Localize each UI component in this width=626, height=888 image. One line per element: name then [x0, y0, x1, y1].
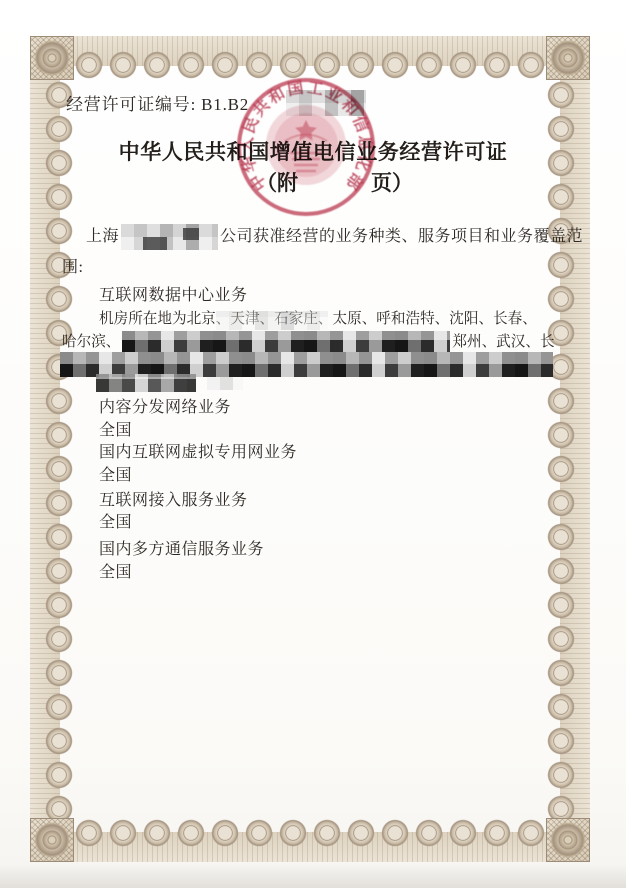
intro-company-prefix: 上海	[86, 227, 119, 247]
intro-text: 公司获准经营的业务种类、服务项目和业务覆盖范	[220, 227, 583, 247]
service-conference-scope: 全国	[99, 563, 132, 583]
redaction-idc-cities-1	[122, 331, 450, 353]
border-corner-top-right	[546, 36, 590, 80]
idc-scope2-prefix: 哈尔滨、	[62, 333, 120, 352]
redaction-company-name	[121, 224, 218, 250]
service-cdn-name: 内容分发网络业务	[99, 398, 231, 418]
border-band-right	[546, 78, 590, 820]
border-corner-bottom-left	[30, 818, 74, 862]
service-vpn-scope: 全国	[99, 466, 132, 486]
service-idc-name: 互联网数据中心业务	[99, 286, 248, 306]
certificate-page: 经营许可证编号: B1.B2 中华人民共和国增值电信业务经营许可证 （附页） 中…	[0, 0, 626, 888]
redaction-idc-cities-3	[96, 374, 196, 392]
idc-scope2-suffix: 郑州、武汉、长	[452, 333, 554, 352]
service-vpn-name: 国内互联网虚拟专用网业务	[99, 443, 297, 463]
service-conference-name: 国内多方通信服务业务	[99, 540, 264, 560]
redaction-idc-cities-overlay	[216, 311, 328, 330]
license-number: 经营许可证编号: B1.B2	[66, 90, 249, 115]
border-band-left	[30, 78, 74, 820]
border-band-bottom	[72, 818, 548, 862]
intro-wrap-line: 围:	[62, 258, 83, 278]
national-emblem-icon	[266, 105, 346, 185]
ministry-seal: 中华人民共和国工业和信息化部	[232, 73, 380, 221]
redaction-idc-cities-4	[207, 377, 243, 390]
intro-line: 上海 公司获准经营的业务种类、服务项目和业务覆盖范	[86, 224, 583, 250]
photo-bottom-shadow	[0, 864, 626, 888]
service-isp-name: 互联网接入服务业务	[99, 491, 248, 511]
service-isp-scope: 全国	[99, 513, 132, 533]
border-corner-top-left	[30, 36, 74, 80]
border-corner-bottom-right	[546, 818, 590, 862]
service-cdn-scope: 全国	[99, 421, 132, 441]
service-idc-scope-line2: 哈尔滨、 郑州、武汉、长	[62, 331, 555, 353]
